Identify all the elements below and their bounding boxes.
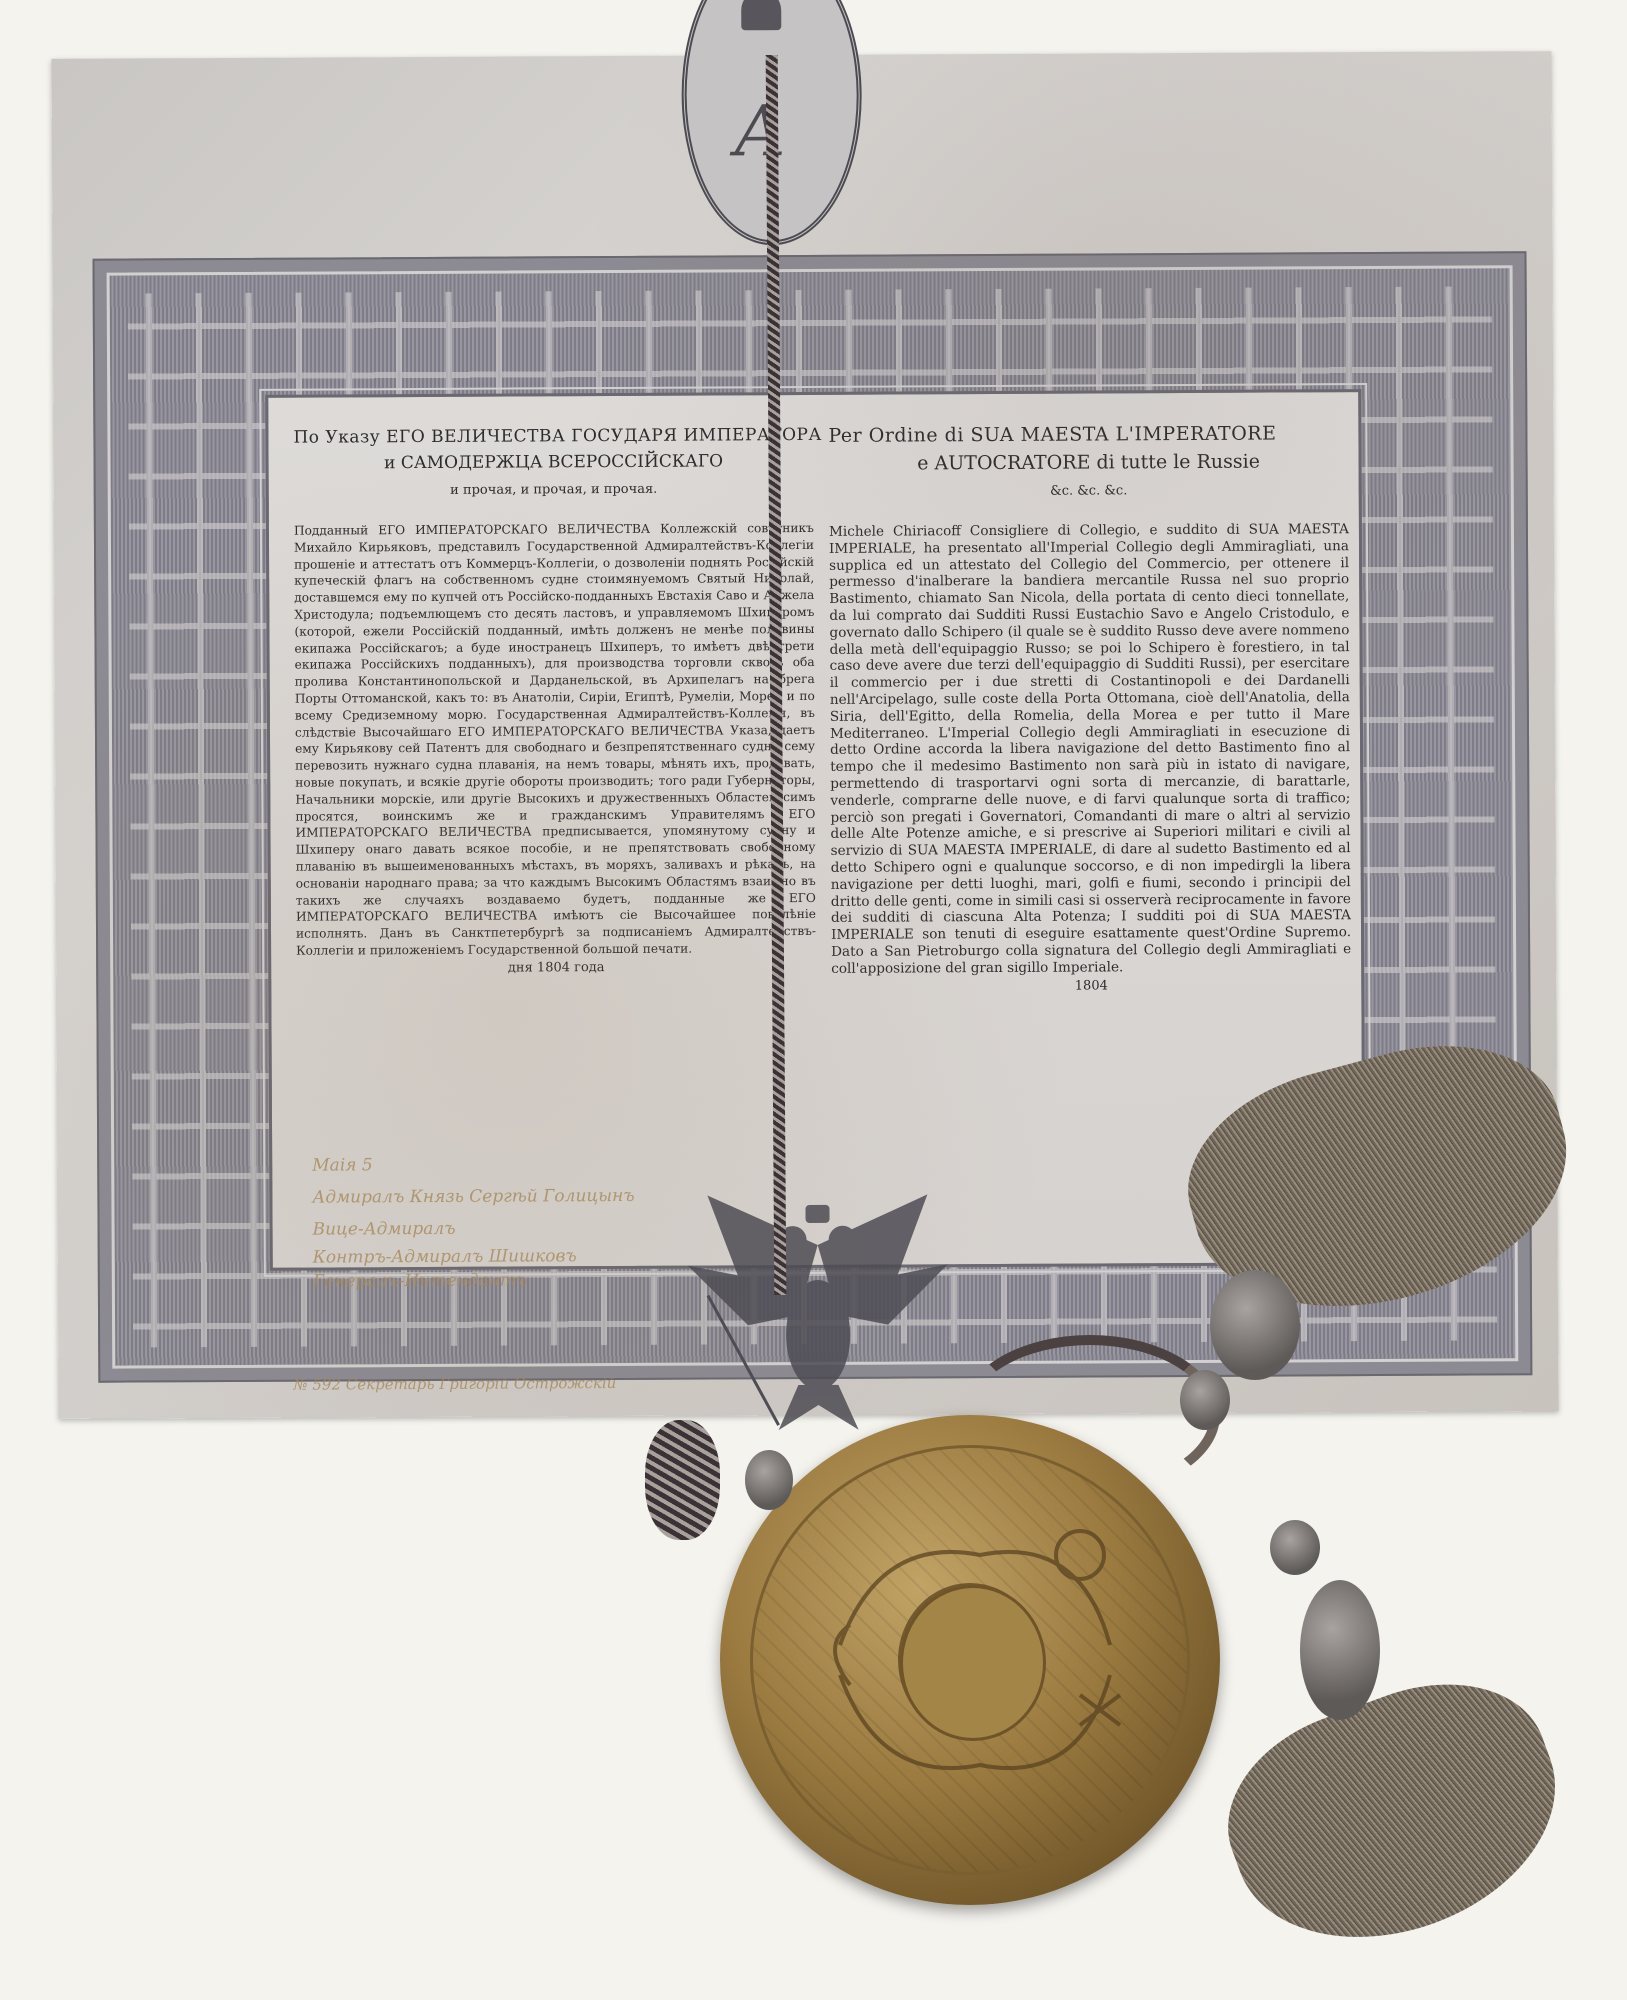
tassel-bead-upper [1210,1270,1300,1380]
russian-title-line2: и САМОДЕРЖЦА ВСЕРОССІЙСКАГО [294,451,814,474]
double-headed-eagle-icon [667,1184,968,1436]
italian-title-line3: &c. &c. &c. [829,482,1349,500]
russian-title-line3: и прочая, и прочая, и прочая. [294,481,814,499]
italian-date: 1804 [831,977,1351,995]
tassel-bead-lower [1300,1580,1380,1720]
text-panel: По Указу ЕГО ВЕЛИЧЕСТВА ГОСУДАРЯ ИМПЕРАТ… [265,389,1366,1271]
russian-body: Подданный ЕГО ИМПЕРАТОРСКАГО ВЕЛИЧЕСТВА … [294,520,816,959]
italian-body: Michele Chiriacoff Consigliere di Colleg… [829,521,1351,977]
russian-column: По Указу ЕГО ВЕЛИЧЕСТВА ГОСУДАРЯ ИМПЕРАТ… [293,425,816,976]
cord-bead [745,1450,793,1510]
tassel-lower [1201,1651,1590,1980]
italian-title-line1: Per Ordine di SUA MAESTA L'IMPERATORE [828,422,1348,447]
handwritten-signature-3: Контръ-Адмиралъ Шишковъ [313,1246,577,1267]
handwritten-signature-1: Адмиралъ Князь Сергѣй Голицынъ [312,1186,634,1208]
braided-knot [645,1420,720,1540]
handwritten-signature-4: Генералъ-Интендантъ [313,1270,528,1291]
russian-date: дня 1804 года [296,959,816,977]
handwritten-signature-2: Вице-Адмиралъ [313,1219,456,1240]
tassel-neck-upper [1180,1370,1230,1430]
crown-icon [741,0,781,30]
italian-title-line2: e AUTOCRATORE di tutte le Russie [829,450,1349,475]
imperial-seal [720,1415,1220,1905]
handwritten-date: Маія 5 [312,1155,373,1175]
handwritten-registry: № 592 Секретарь Григорій Острожскій [293,1374,616,1394]
seal-center-shield [900,1585,1046,1741]
tassel-neck-lower [1270,1520,1320,1575]
italian-column: Per Ordine di SUA MAESTA L'IMPERATORE e … [828,422,1351,994]
russian-title-line1: По Указу ЕГО ВЕЛИЧЕСТВА ГОСУДАРЯ ИМПЕРАТ… [293,425,813,448]
